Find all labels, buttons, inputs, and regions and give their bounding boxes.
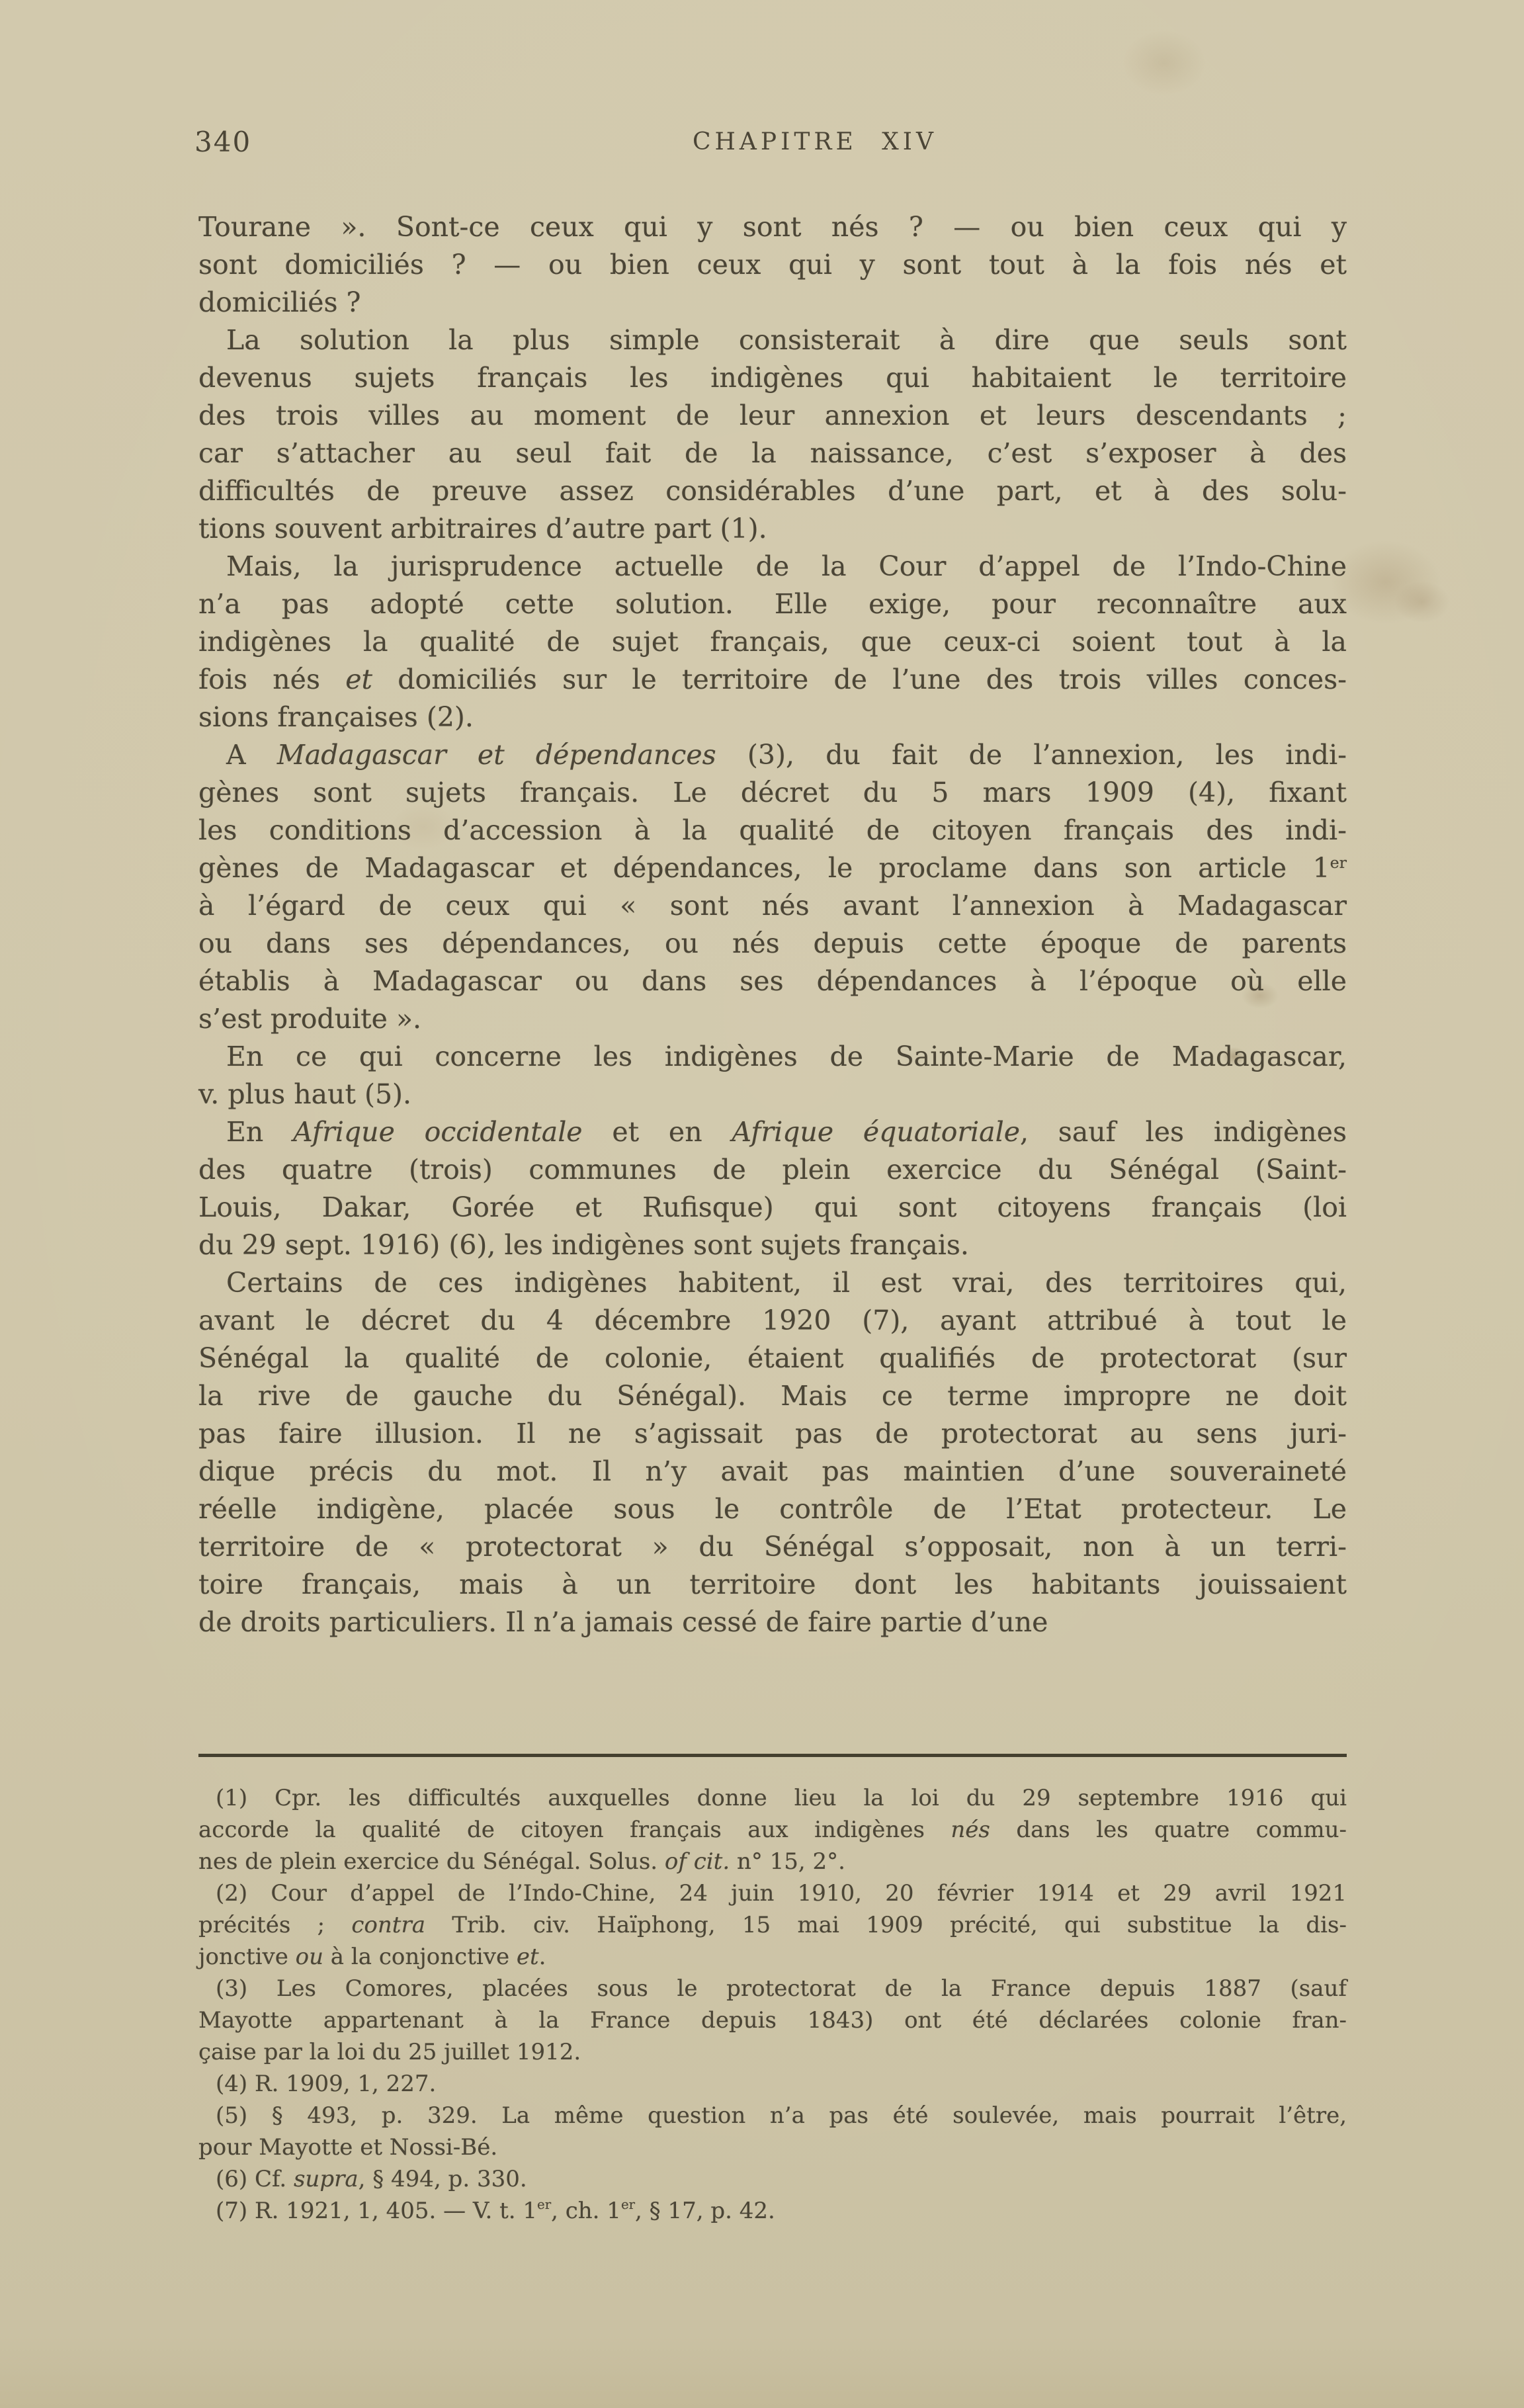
text-line: A Madagascar et dépendances (3), du fait… <box>198 736 1347 774</box>
text-line: (5) § 493, p. 329. La même question n’a … <box>198 2100 1347 2131</box>
text-line: (4) R. 1909, 1, 227. <box>198 2068 1347 2100</box>
text-line: la rive de gauche du Sénégal). Mais ce t… <box>198 1377 1347 1415</box>
text-line: territoire de « protectorat » du Sénégal… <box>198 1528 1347 1566</box>
text-line: dique précis du mot. Il n’y avait pas ma… <box>198 1453 1347 1490</box>
text-line: indigènes la qualité de sujet français, … <box>198 623 1347 661</box>
text-line: Sénégal la qualité de colonie, étaient q… <box>198 1340 1347 1377</box>
text-line: s’est produite ». <box>198 1000 1347 1038</box>
text-line: Mayotte appartenant à la France depuis 1… <box>198 2004 1347 2036</box>
page-number: 340 <box>194 126 251 158</box>
text-line: devenus sujets français les indigènes qu… <box>198 359 1347 397</box>
text-line: n’a pas adopté cette solution. Elle exig… <box>198 585 1347 623</box>
text-line: difficultés de preuve assez considérable… <box>198 472 1347 510</box>
text-line: réelle indigène, placée sous le contrôle… <box>198 1490 1347 1528</box>
text-line: tions souvent arbitraires d’autre part (… <box>198 510 1347 548</box>
text-line: nes de plein exercice du Sénégal. Solus.… <box>198 1846 1347 1877</box>
page-content: 340 CHAPITRE XIV Tourane ». Sont-ce ceux… <box>198 126 1347 2227</box>
text-line: ou dans ses dépendances, ou nés depuis c… <box>198 925 1347 963</box>
text-line: jonctive ou à la conjonctive et. <box>198 1941 1347 1973</box>
text-line: de droits particuliers. Il n’a jamais ce… <box>198 1604 1347 1641</box>
text-line: domiciliés ? <box>198 284 1347 322</box>
footnote-separator <box>198 1754 1347 1757</box>
footnotes: (1) Cpr. les difficultés auxquelles donn… <box>198 1782 1347 2227</box>
text-line: accorde la qualité de citoyen français a… <box>198 1814 1347 1846</box>
book-page: 340 CHAPITRE XIV Tourane ». Sont-ce ceux… <box>0 0 1524 2408</box>
body-text: Tourane ». Sont-ce ceux qui y sont nés ?… <box>198 208 1347 1641</box>
text-line: (1) Cpr. les difficultés auxquelles donn… <box>198 1782 1347 1814</box>
text-line: Tourane ». Sont-ce ceux qui y sont nés ?… <box>198 208 1347 246</box>
text-line: (3) Les Comores, placées sous le protect… <box>198 1973 1347 2004</box>
text-line: Louis, Dakar, Gorée et Rufisque) qui son… <box>198 1189 1347 1226</box>
text-line: avant le décret du 4 décembre 1920 (7), … <box>198 1302 1347 1340</box>
text-line: (2) Cour d’appel de l’Indo-Chine, 24 jui… <box>198 1877 1347 1909</box>
text-line: La solution la plus simple consisterait … <box>198 322 1347 359</box>
text-line: fois nés et domiciliés sur le territoire… <box>198 661 1347 699</box>
text-line: toire français, mais à un territoire don… <box>198 1566 1347 1604</box>
text-line: des quatre (trois) communes de plein exe… <box>198 1151 1347 1189</box>
text-line: En ce qui concerne les indigènes de Sain… <box>198 1038 1347 1076</box>
text-line: (7) R. 1921, 1, 405. — V. t. 1er, ch. 1e… <box>198 2195 1347 2227</box>
text-line: v. plus haut (5). <box>198 1076 1347 1113</box>
text-line: à l’égard de ceux qui « sont nés avant l… <box>198 887 1347 925</box>
text-line: sont domiciliés ? — ou bien ceux qui y s… <box>198 246 1347 284</box>
text-line: Mais, la jurisprudence actuelle de la Co… <box>198 548 1347 585</box>
text-line: des trois villes au moment de leur annex… <box>198 397 1347 435</box>
text-line: gènes sont sujets français. Le décret du… <box>198 774 1347 812</box>
text-line: établis à Madagascar ou dans ses dépenda… <box>198 963 1347 1000</box>
text-line: les conditions d’accession à la qualité … <box>198 812 1347 849</box>
text-line: (6) Cf. supra, § 494, p. 330. <box>198 2163 1347 2195</box>
text-line: pour Mayotte et Nossi-Bé. <box>198 2131 1347 2163</box>
text-line: pas faire illusion. Il ne s’agissait pas… <box>198 1415 1347 1453</box>
text-line: du 29 sept. 1916) (6), les indigènes son… <box>198 1226 1347 1264</box>
text-line: Certains de ces indigènes habitent, il e… <box>198 1264 1347 1302</box>
chapter-header: CHAPITRE XIV <box>693 128 937 155</box>
text-line: çaise par la loi du 25 juillet 1912. <box>198 2036 1347 2068</box>
text-line: gènes de Madagascar et dépendances, le p… <box>198 849 1347 887</box>
page-header-row: 340 CHAPITRE XIV <box>198 126 1347 165</box>
text-line: En Afrique occidentale et en Afrique équ… <box>198 1113 1347 1151</box>
text-line: précités ; contra Trib. civ. Haïphong, 1… <box>198 1909 1347 1941</box>
text-line: sions françaises (2). <box>198 699 1347 736</box>
text-line: car s’attacher au seul fait de la naissa… <box>198 435 1347 472</box>
